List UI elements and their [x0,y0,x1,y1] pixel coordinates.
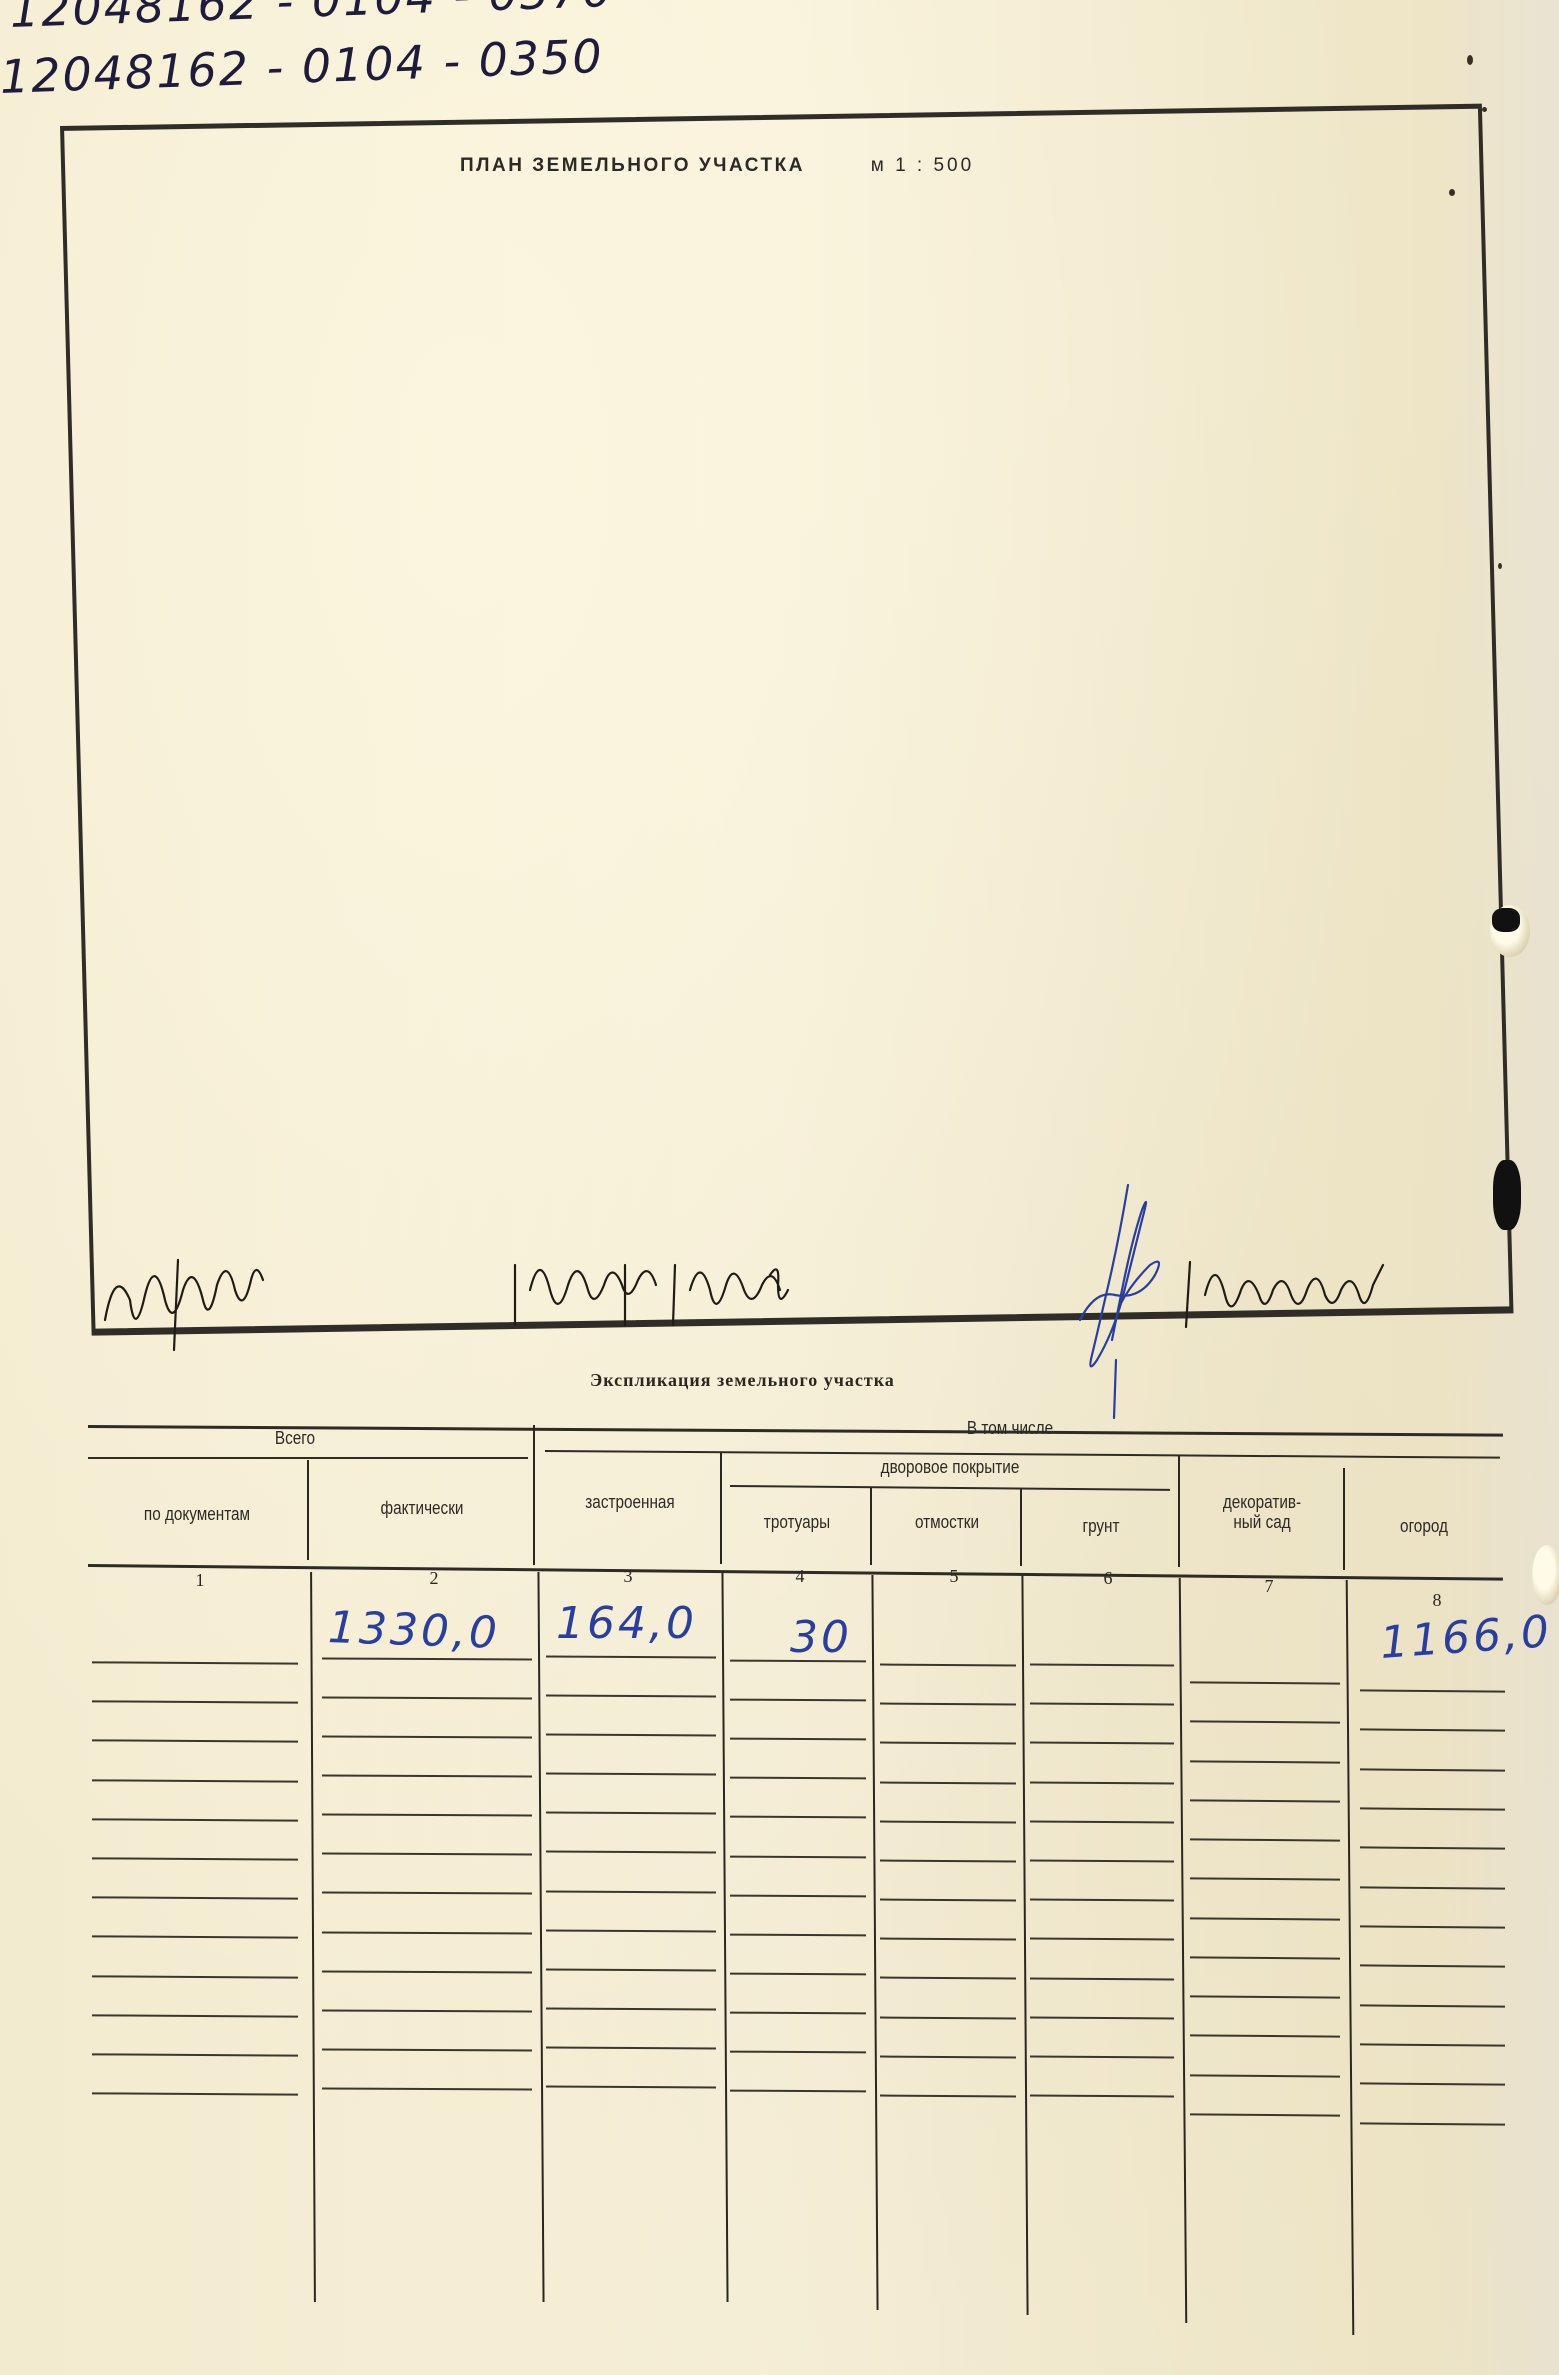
header-blind-area: отмостки [885,1512,1009,1533]
column-number-7: 7 [1249,1576,1289,1597]
column-number-2: 2 [414,1568,454,1589]
header-by-documents: по документам [108,1504,287,1525]
table-row-line [546,1929,716,1932]
table-row-line [730,1855,866,1858]
table-row-line [880,1781,1016,1784]
header-decorative-garden: декоратив- ный сад [1194,1492,1330,1532]
header-sidewalks: тротуары [735,1512,859,1533]
header-total: Всего [240,1428,351,1449]
cell-sidewalks: 30 [790,1612,852,1663]
cell-built-up: 164,0 [556,1598,697,1649]
speck [1467,55,1473,65]
table-row-line [880,2016,1016,2019]
explication-title: Экспликация земельного участка [590,1370,895,1391]
speck [1449,189,1455,196]
header-yard-cover: дворовое покрытие [823,1457,1078,1478]
table-row-line [322,1931,532,1934]
table-row-line [546,1890,716,1893]
torn-edge [1493,1160,1521,1230]
blue-pen-signature [1070,1180,1180,1420]
punch-hole-dark-top [1492,908,1520,932]
header-vegetable-garden: огород [1360,1516,1488,1537]
cell-actual-total: 1330,0 [327,1602,501,1659]
signature-line [0,0,1559,2375]
column-number-8: 8 [1417,1590,1457,1611]
header-built-up: застроенная [554,1492,707,1513]
column-number-1: 1 [180,1570,220,1591]
table-row-line [730,1894,866,1897]
header-actual: фактически [329,1498,516,1519]
header-including: В том числе [934,1418,1087,1439]
speck [1482,107,1487,112]
column-number-5: 5 [934,1566,974,1587]
column-number-4: 4 [780,1566,820,1587]
column-number-6: 6 [1088,1568,1128,1589]
table-row-line [1030,1781,1174,1784]
column-number-3: 3 [608,1566,648,1587]
speck [1498,563,1502,569]
header-soil: грунт [1036,1516,1167,1537]
punch-hole-bottom [1532,1545,1559,1605]
